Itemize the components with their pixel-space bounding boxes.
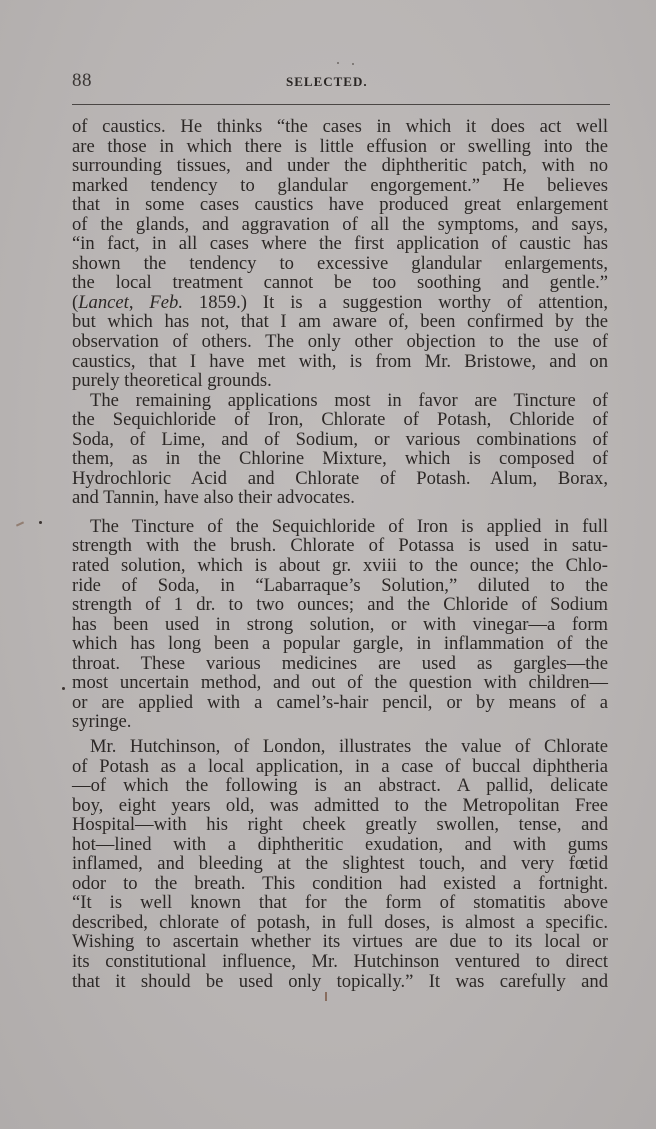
text-line: of the glands, and aggravation of all th… xyxy=(72,215,608,235)
text-line: has been used in strong solution, or wit… xyxy=(72,615,608,635)
citation-month: Feb. xyxy=(149,292,183,313)
running-head: 88 SELECTED. xyxy=(72,70,608,94)
body-text: of caustics. He thinks “the cases in whi… xyxy=(72,117,608,991)
text-line: Soda, of Lime, and of Sodium, or various… xyxy=(72,430,608,450)
text-line: caustics, that I have met with, is from … xyxy=(72,352,608,372)
text-line: Hospital—with his right cheek greatly sw… xyxy=(72,815,608,835)
paragraph-hutchinson-case: Mr. Hutchinson, of London, illustrates t… xyxy=(72,737,608,991)
text-line: which has long been a popular gargle, in… xyxy=(72,634,608,654)
text-line: odor to the breath. This condition had e… xyxy=(72,874,608,894)
citation-year: 1859 xyxy=(199,292,236,313)
text-line-citation: (Lancet, Feb. 1859.) It is a suggestion … xyxy=(72,293,608,313)
text-line: —of which the following is an abstract. … xyxy=(72,776,608,796)
text-line: described, chlorate of potash, in full d… xyxy=(72,913,608,933)
text-line: Wishing to ascertain whether its virtues… xyxy=(72,932,608,952)
ink-speck xyxy=(39,521,42,524)
text-line: syringe. xyxy=(72,712,608,732)
paragraph-remaining-applications: The remaining applications most in favor… xyxy=(72,391,608,508)
text-line: the local treatment cannot be too soothi… xyxy=(72,273,608,293)
text-line: of caustics. He thinks “the cases in whi… xyxy=(72,117,608,137)
text-line: strength with the brush. Chlorate of Pot… xyxy=(72,536,608,556)
text-line: Mr. Hutchinson, of London, illustrates t… xyxy=(72,737,608,757)
text-line: that it should be used only topically.” … xyxy=(72,972,608,992)
text-line: “in fact, in all cases where the first a… xyxy=(72,234,608,254)
ink-speck xyxy=(337,62,339,64)
text-line: strength of 1 dr. to two ounces; and the… xyxy=(72,595,608,615)
paragraph-tincture-sequichloride: The Tincture of the Sequichloride of Iro… xyxy=(72,517,608,732)
ink-speck xyxy=(62,687,65,690)
text-line: ride of Soda, in “Labarraque’s Solution,… xyxy=(72,576,608,596)
page-number: 88 xyxy=(72,70,92,92)
text-line: hot—lined with a diphtheritic exudation,… xyxy=(72,835,608,855)
text-line: The remaining applications most in favor… xyxy=(72,391,608,411)
text-line: its constitutional influence, Mr. Hutchi… xyxy=(72,952,608,972)
text-line: that in some cases caustics have produce… xyxy=(72,195,608,215)
ink-mark xyxy=(16,521,24,526)
header-rule xyxy=(72,104,610,105)
ink-speck xyxy=(352,63,354,65)
text-line: but which has not, that I am aware of, b… xyxy=(72,312,608,332)
text-line: or are applied with a camel’s-hair penci… xyxy=(72,693,608,713)
citation-journal: Lancet xyxy=(78,292,129,313)
text-line: purely theoretical grounds. xyxy=(72,371,608,391)
text-line: boy, eight years old, was admitted to th… xyxy=(72,796,608,816)
book-page: 88 SELECTED. of caustics. He thinks “the… xyxy=(0,0,656,1129)
text-line: throat. These various medicines are used… xyxy=(72,654,608,674)
ink-mark xyxy=(325,992,327,1001)
text-line: marked tendency to glandular engorgement… xyxy=(72,176,608,196)
text-line: inflamed, and bleeding at the slightest … xyxy=(72,854,608,874)
text-line: Hydrochloric Acid and Chlorate of Potash… xyxy=(72,469,608,489)
text-line: “It is well known that for the form of s… xyxy=(72,893,608,913)
text-line: are those in which there is little effus… xyxy=(72,137,608,157)
text-line: rated solution, which is about gr. xviii… xyxy=(72,556,608,576)
text-line: most uncertain method, and out of the qu… xyxy=(72,673,608,693)
text-line: them, as in the Chlorine Mixture, which … xyxy=(72,449,608,469)
text-line: surrounding tissues, and under the dipht… xyxy=(72,156,608,176)
paragraph-caustics-continuation: of caustics. He thinks “the cases in whi… xyxy=(72,117,608,391)
text-line: The Tincture of the Sequichloride of Iro… xyxy=(72,517,608,537)
text-line: shown the tendency to excessive glandula… xyxy=(72,254,608,274)
text-line: and Tannin, have also their advocates. xyxy=(72,488,608,508)
running-title: SELECTED. xyxy=(286,74,368,90)
text-line: of Potash as a local application, in a c… xyxy=(72,757,608,777)
text-line: observation of others. The only other ob… xyxy=(72,332,608,352)
text-line: the Sequichloride of Iron, Chlorate of P… xyxy=(72,410,608,430)
